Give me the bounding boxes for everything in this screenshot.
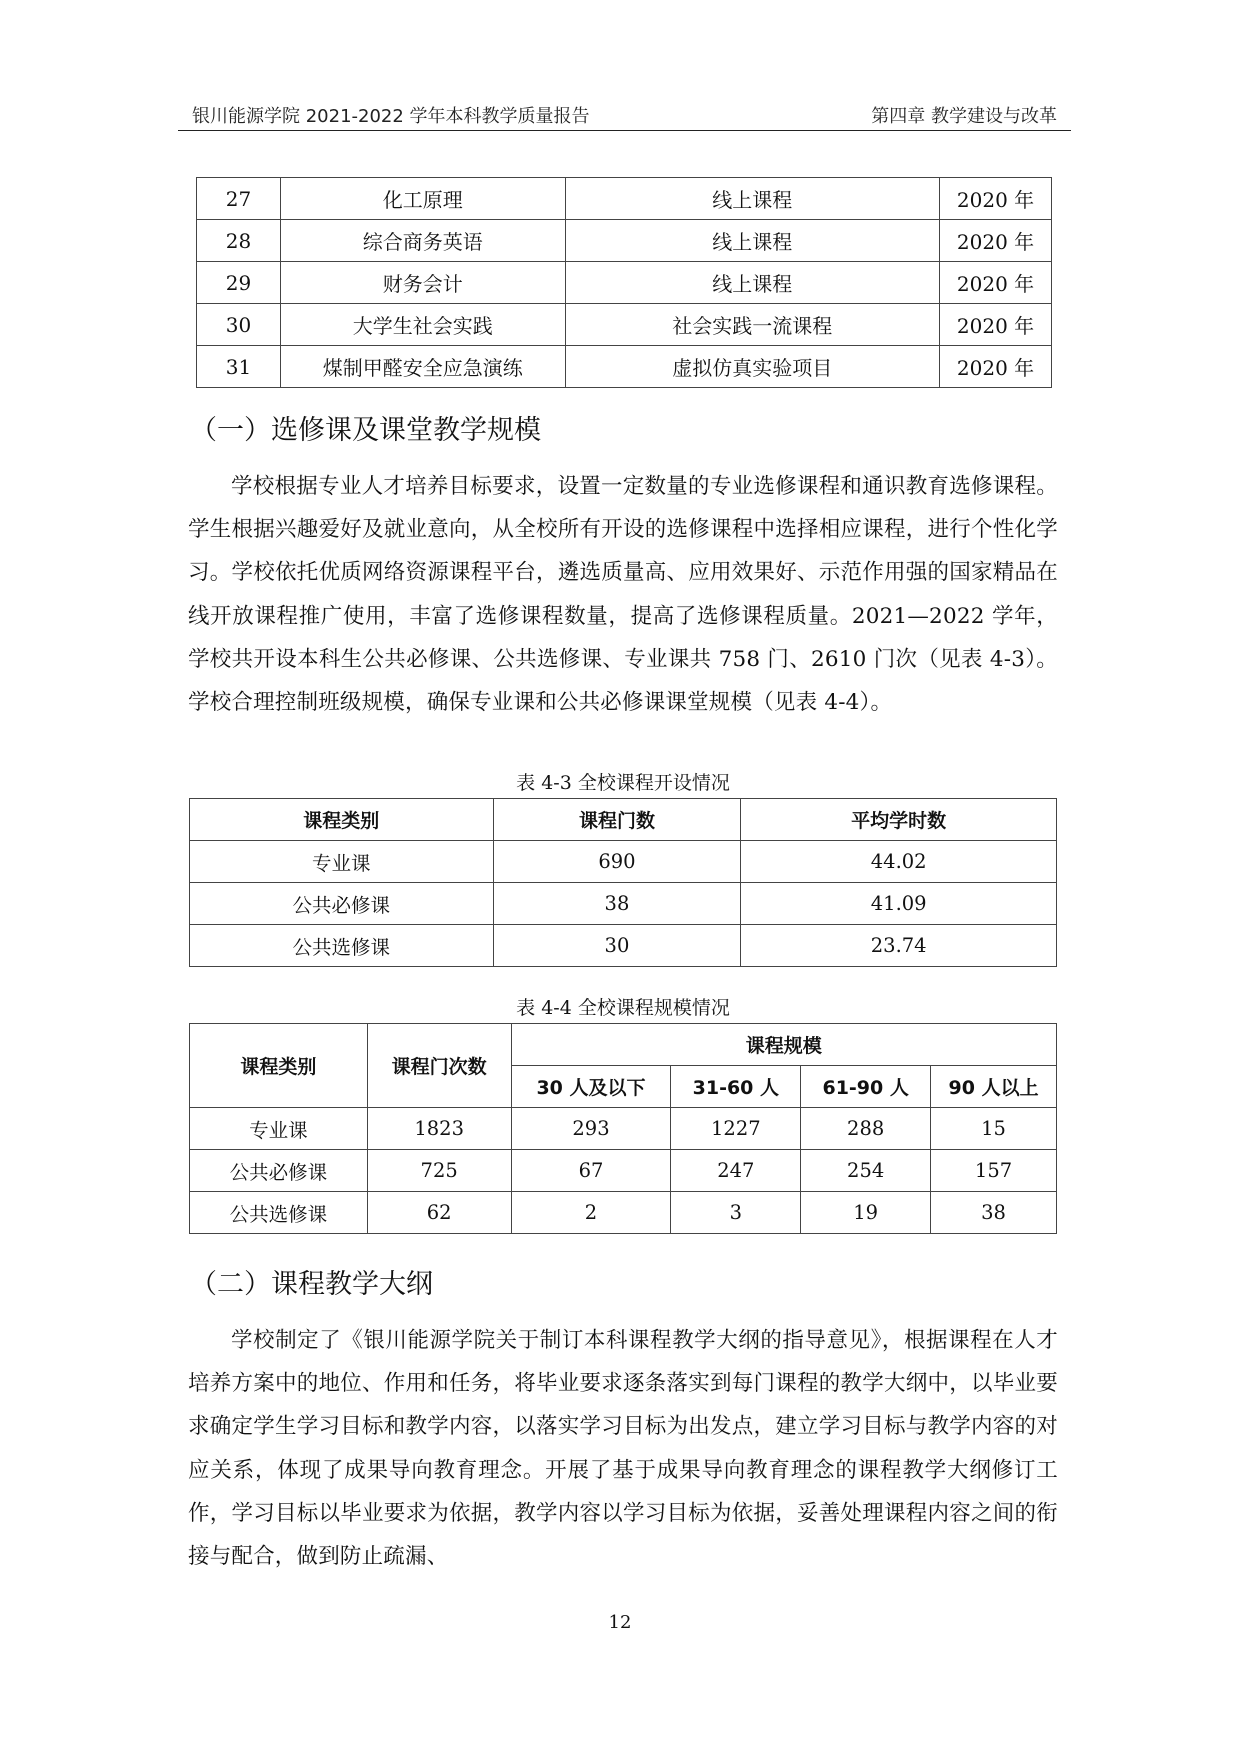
table-row: 专业课 690 44.02	[190, 841, 1057, 883]
table-header-row: 课程类别 课程门数 平均学时数	[190, 799, 1057, 841]
course-offering-table: 课程类别 课程门数 平均学时数 专业课 690 44.02 公共必修课 38 4…	[189, 798, 1057, 967]
course-year: 2020 年	[940, 220, 1052, 262]
table-row: 29 财务会计 线上课程 2020 年	[197, 262, 1052, 304]
course-type: 线上课程	[565, 220, 940, 262]
cell: 公共必修课	[190, 1150, 368, 1192]
column-header: 课程类别	[190, 1024, 368, 1108]
table-row: 专业课 1823 293 1227 288 15	[190, 1108, 1057, 1150]
cell: 288	[801, 1108, 931, 1150]
cell: 3	[671, 1192, 801, 1234]
table-row: 31 煤制甲醛安全应急演练 虚拟仿真实验项目 2020 年	[197, 346, 1052, 388]
cell: 专业课	[190, 841, 494, 883]
column-header: 平均学时数	[741, 799, 1057, 841]
cell: 15	[931, 1108, 1057, 1150]
course-type: 社会实践一流课程	[565, 304, 940, 346]
cell: 专业课	[190, 1108, 368, 1150]
course-name: 大学生社会实践	[280, 304, 565, 346]
cell: 30	[493, 925, 741, 967]
table-row: 公共必修课 38 41.09	[190, 883, 1057, 925]
cell: 44.02	[741, 841, 1057, 883]
course-scale-table: 课程类别 课程门次数 课程规模 30 人及以下 31-60 人 61-90 人 …	[189, 1023, 1057, 1234]
course-year: 2020 年	[940, 346, 1052, 388]
course-year: 2020 年	[940, 262, 1052, 304]
cell: 2	[511, 1192, 671, 1234]
cell: 19	[801, 1192, 931, 1234]
section-paragraph-electives: 学校根据专业人才培养目标要求，设置一定数量的专业选修课程和通识教育选修课程。学生…	[188, 465, 1058, 724]
section-paragraph-syllabus: 学校制定了《银川能源学院关于制订本科课程教学大纲的指导意见》，根据课程在人才培养…	[188, 1319, 1058, 1578]
table-row: 30 大学生社会实践 社会实践一流课程 2020 年	[197, 304, 1052, 346]
cell: 38	[931, 1192, 1057, 1234]
cell: 725	[367, 1150, 511, 1192]
row-number: 27	[197, 178, 281, 220]
section-heading-electives: （一）选修课及课堂教学规模	[190, 408, 541, 447]
cell: 157	[931, 1150, 1057, 1192]
course-name: 财务会计	[280, 262, 565, 304]
row-number: 28	[197, 220, 281, 262]
course-name: 综合商务英语	[280, 220, 565, 262]
column-header: 课程门数	[493, 799, 741, 841]
column-header: 30 人及以下	[511, 1066, 671, 1108]
cell: 62	[367, 1192, 511, 1234]
table-caption-4-3: 表 4-3 全校课程开设情况	[188, 768, 1058, 795]
cell: 254	[801, 1150, 931, 1192]
row-number: 30	[197, 304, 281, 346]
cell: 67	[511, 1150, 671, 1192]
cell: 公共选修课	[190, 925, 494, 967]
row-number: 31	[197, 346, 281, 388]
table-row: 27 化工原理 线上课程 2020 年	[197, 178, 1052, 220]
column-header: 90 人以上	[931, 1066, 1057, 1108]
cell: 247	[671, 1150, 801, 1192]
cell: 41.09	[741, 883, 1057, 925]
cell: 293	[511, 1108, 671, 1150]
cell: 690	[493, 841, 741, 883]
table-row: 公共选修课 30 23.74	[190, 925, 1057, 967]
page-number: 12	[0, 1612, 1240, 1633]
page-header: 银川能源学院 2021-2022 学年本科教学质量报告 第四章 教学建设与改革	[178, 100, 1071, 131]
cell: 23.74	[741, 925, 1057, 967]
course-type: 虚拟仿真实验项目	[565, 346, 940, 388]
course-year: 2020 年	[940, 304, 1052, 346]
cell: 38	[493, 883, 741, 925]
course-list-table-continued: 27 化工原理 线上课程 2020 年 28 综合商务英语 线上课程 2020 …	[196, 177, 1052, 388]
table-row: 公共选修课 62 2 3 19 38	[190, 1192, 1057, 1234]
column-group-header: 课程规模	[511, 1024, 1056, 1066]
course-name: 化工原理	[280, 178, 565, 220]
course-year: 2020 年	[940, 178, 1052, 220]
course-name: 煤制甲醛安全应急演练	[280, 346, 565, 388]
cell: 公共必修课	[190, 883, 494, 925]
table-header-row: 课程类别 课程门次数 课程规模	[190, 1024, 1057, 1066]
chapter-title: 第四章 教学建设与改革	[871, 102, 1057, 128]
course-type: 线上课程	[565, 178, 940, 220]
row-number: 29	[197, 262, 281, 304]
section-heading-syllabus: （二）课程教学大纲	[190, 1262, 433, 1301]
table-caption-4-4: 表 4-4 全校课程规模情况	[188, 993, 1058, 1020]
report-title: 银川能源学院 2021-2022 学年本科教学质量报告	[192, 102, 590, 128]
column-header: 课程门次数	[367, 1024, 511, 1108]
column-header: 31-60 人	[671, 1066, 801, 1108]
course-type: 线上课程	[565, 262, 940, 304]
column-header: 课程类别	[190, 799, 494, 841]
cell: 公共选修课	[190, 1192, 368, 1234]
column-header: 61-90 人	[801, 1066, 931, 1108]
table-row: 28 综合商务英语 线上课程 2020 年	[197, 220, 1052, 262]
cell: 1823	[367, 1108, 511, 1150]
cell: 1227	[671, 1108, 801, 1150]
table-row: 公共必修课 725 67 247 254 157	[190, 1150, 1057, 1192]
